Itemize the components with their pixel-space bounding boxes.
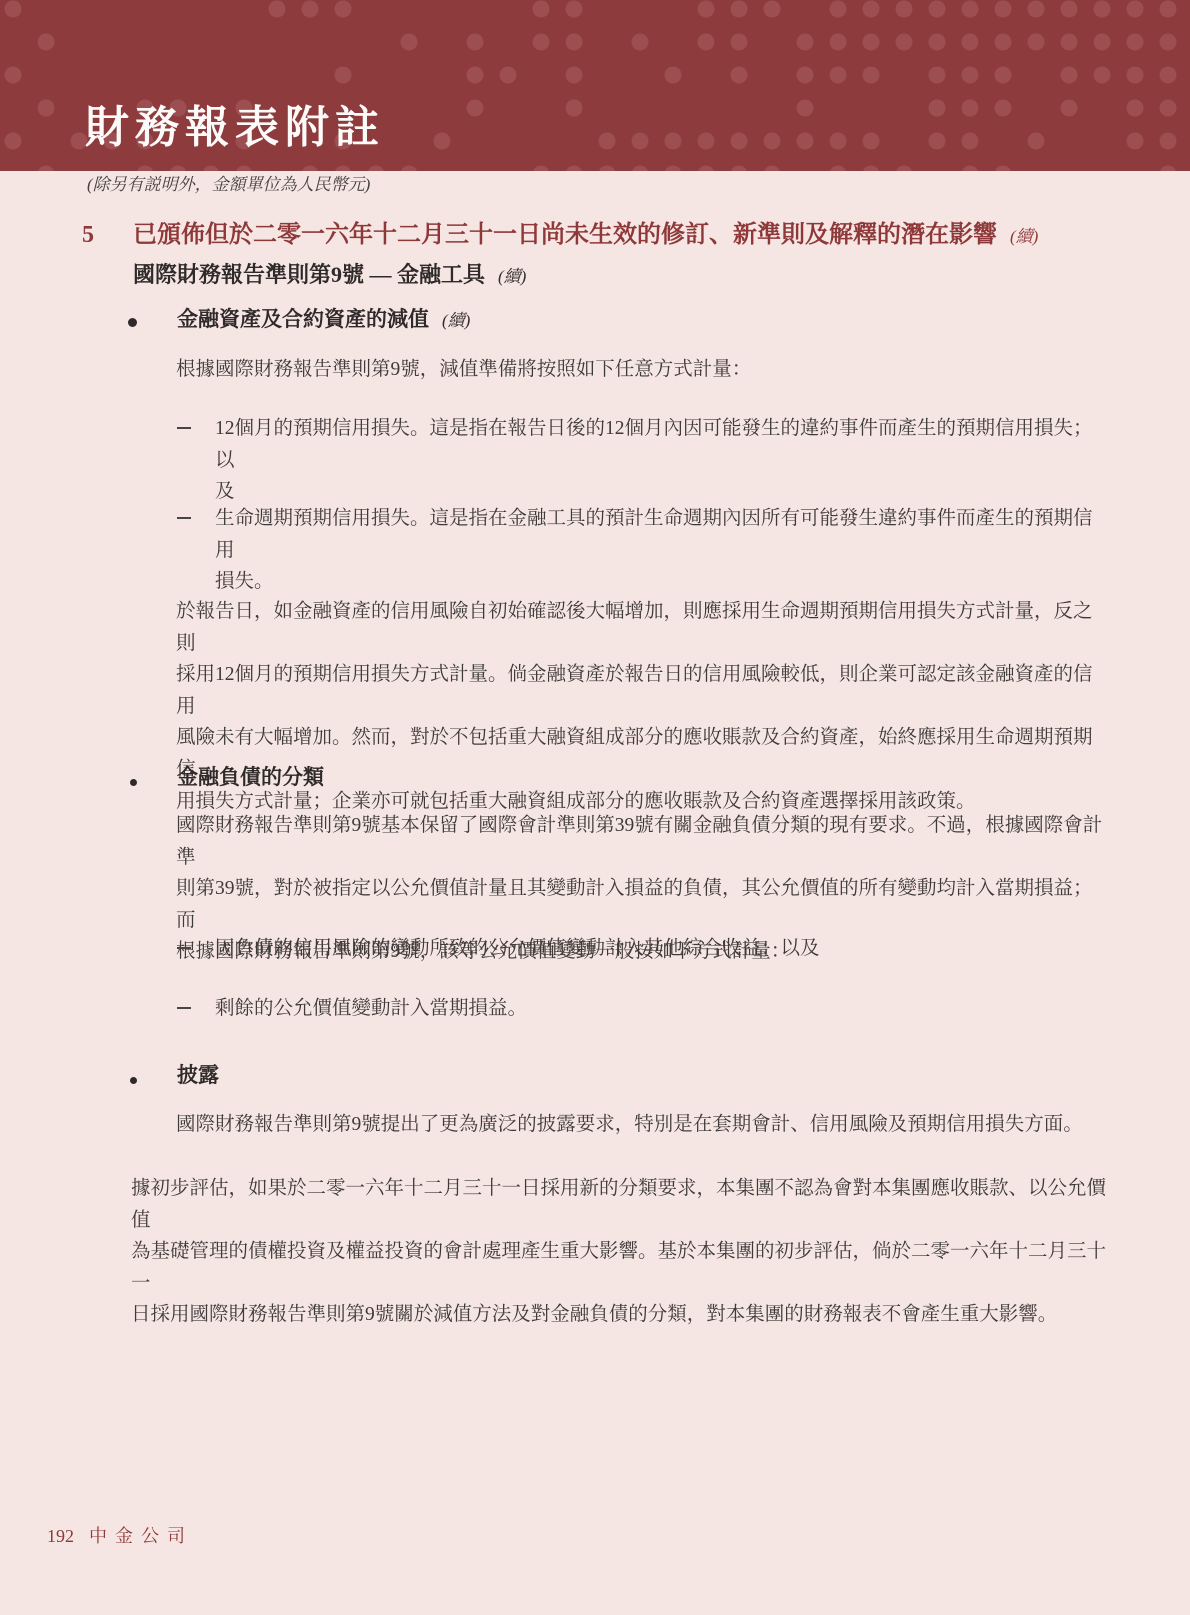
impairment-heading: 金融資產及合約資產的減值(續) [177,306,470,334]
page-title: 財務報表附註 [85,104,385,152]
list-item-text: 生命週期預期信用損失。這是指在金融工具的預計生命週期內因所有可能發生違約事件而產… [215,503,1107,598]
list-item-oci: 因負債的信用風險的變動所致的公允價值變動計入其他綜合收益；以及 [177,933,1107,965]
list-item-lifetime-ecl: 生命週期預期信用損失。這是指在金融工具的預計生命週期內因所有可能發生違約事件而產… [177,503,1107,598]
currency-note: (除另有説明外，金額單位為人民幣元) [87,173,370,197]
list-item-text: 因負債的信用風險的變動所致的公允價值變動計入其他綜合收益；以及 [215,933,1107,965]
section-heading: 已頒佈但於二零一六年十二月三十一日尚未生效的修訂、新準則及解釋的潛在影響(續) [133,219,1143,253]
document-page: 財務報表附註 (除另有説明外，金額單位為人民幣元) 5 已頒佈但於二零一六年十二… [0,0,1190,1615]
section-heading-text: 已頒佈但於二零一六年十二月三十一日尚未生效的修訂、新準則及解釋的潛在影響 [133,222,997,248]
section-continued-label: (續) [1010,227,1038,246]
classification-heading: 金融負債的分類 [177,764,324,791]
bullet-icon [130,779,137,786]
dash-marker-icon [177,517,191,519]
list-item-text: 剩餘的公允價值變動計入當期損益。 [215,993,1107,1025]
dash-marker-icon [177,427,191,429]
list-item-pl: 剩餘的公允價值變動計入當期損益。 [177,993,1107,1025]
disclosure-paragraph: 國際財務報告準則第9號提出了更為廣泛的披露要求，特別是在套期會計、信用風險及預期… [176,1109,1108,1141]
page-footer: 192中金公司 [47,1524,193,1548]
section-number: 5 [82,219,94,251]
subsection-heading: 國際財務報告準則第9號 — 金融工具(續) [133,261,526,291]
company-name: 中金公司 [89,1526,193,1546]
list-item-12m-ecl: 12個月的預期信用損失。這是指在報告日後的12個月內因可能發生的違約事件而產生的… [177,413,1107,508]
subsection-heading-text: 國際財務報告準則第9號 — 金融工具 [133,262,485,287]
list-item-text: 12個月的預期信用損失。這是指在報告日後的12個月內因可能發生的違約事件而產生的… [215,413,1107,508]
assessment-paragraph: 據初步評估，如果於二零一六年十二月三十一日採用新的分類要求，本集團不認為會對本集… [131,1173,1108,1331]
impairment-intro-paragraph: 根據國際財務報告準則第9號，減值準備將按照如下任意方式計量： [176,354,1108,386]
impairment-heading-text: 金融資產及合約資產的減值 [177,307,429,331]
dash-marker-icon [177,1007,191,1009]
subsection-continued-label: (續) [498,267,526,286]
bullet-icon [128,318,137,327]
page-number: 192 [47,1526,74,1546]
header-band: 財務報表附註 [0,0,1190,171]
impairment-continued-label: (續) [442,311,470,330]
disclosure-heading: 披露 [177,1062,219,1089]
bullet-icon [130,1077,137,1084]
dash-marker-icon [177,947,191,949]
